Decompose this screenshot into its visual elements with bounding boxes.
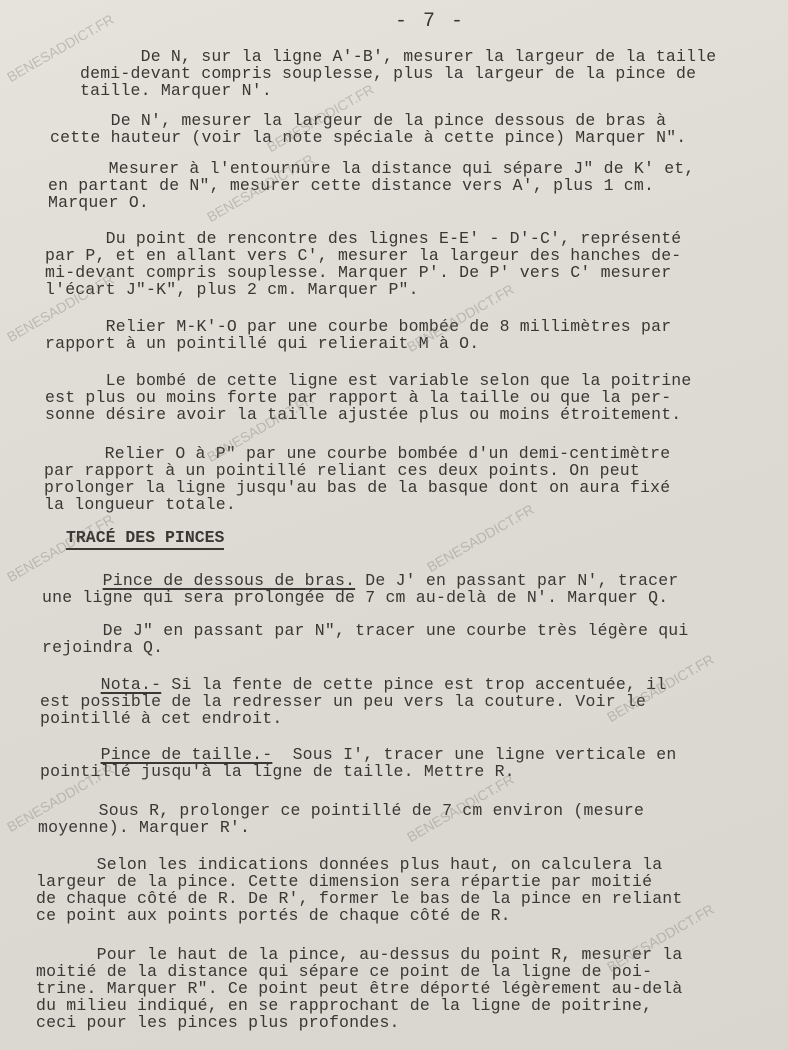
section-paragraph-2: De J" en passant par N", tracer une cour… [42,622,689,656]
paragraph-1: De N, sur la ligne A'-B', mesurer la lar… [80,48,716,99]
document-page: - 7 - De N, sur la ligne A'-B', mesurer … [0,0,788,1050]
section-paragraph-3: Nota.- Si la fente de cette pince est tr… [40,676,666,727]
underlined-lead: Pince de taille.- [101,745,273,764]
underlined-lead: Pince de dessous de bras. [103,571,356,590]
page-number: - 7 - [395,10,465,33]
section-paragraph-6: Selon les indications données plus haut,… [36,856,683,924]
section-paragraph-4: Pince de taille.- Sous I', tracer une li… [40,746,676,780]
paragraph-7: Relier O à P" par une courbe bombée d'un… [44,445,670,513]
paragraph-2: De N', mesurer la largeur de la pince de… [50,112,686,146]
paragraph-5: Relier M-K'-O par une courbe bombée de 8… [45,318,671,352]
underlined-lead: Nota.- [101,675,162,694]
paragraph-4: Du point de rencontre des lignes E-E' - … [45,230,681,298]
section-heading: TRACÉ DES PINCES [66,528,224,550]
section-paragraph-7: Pour le haut de la pince, au-dessus du p… [36,946,683,1031]
paragraph-6: Le bombé de cette ligne est variable sel… [45,372,692,423]
paragraph-3: Mesurer à l'entournure la distance qui s… [48,160,695,211]
section-paragraph-5: Sous R, prolonger ce pointillé de 7 cm e… [38,802,644,836]
section-paragraph-1: Pince de dessous de bras. De J' en passa… [42,572,678,606]
